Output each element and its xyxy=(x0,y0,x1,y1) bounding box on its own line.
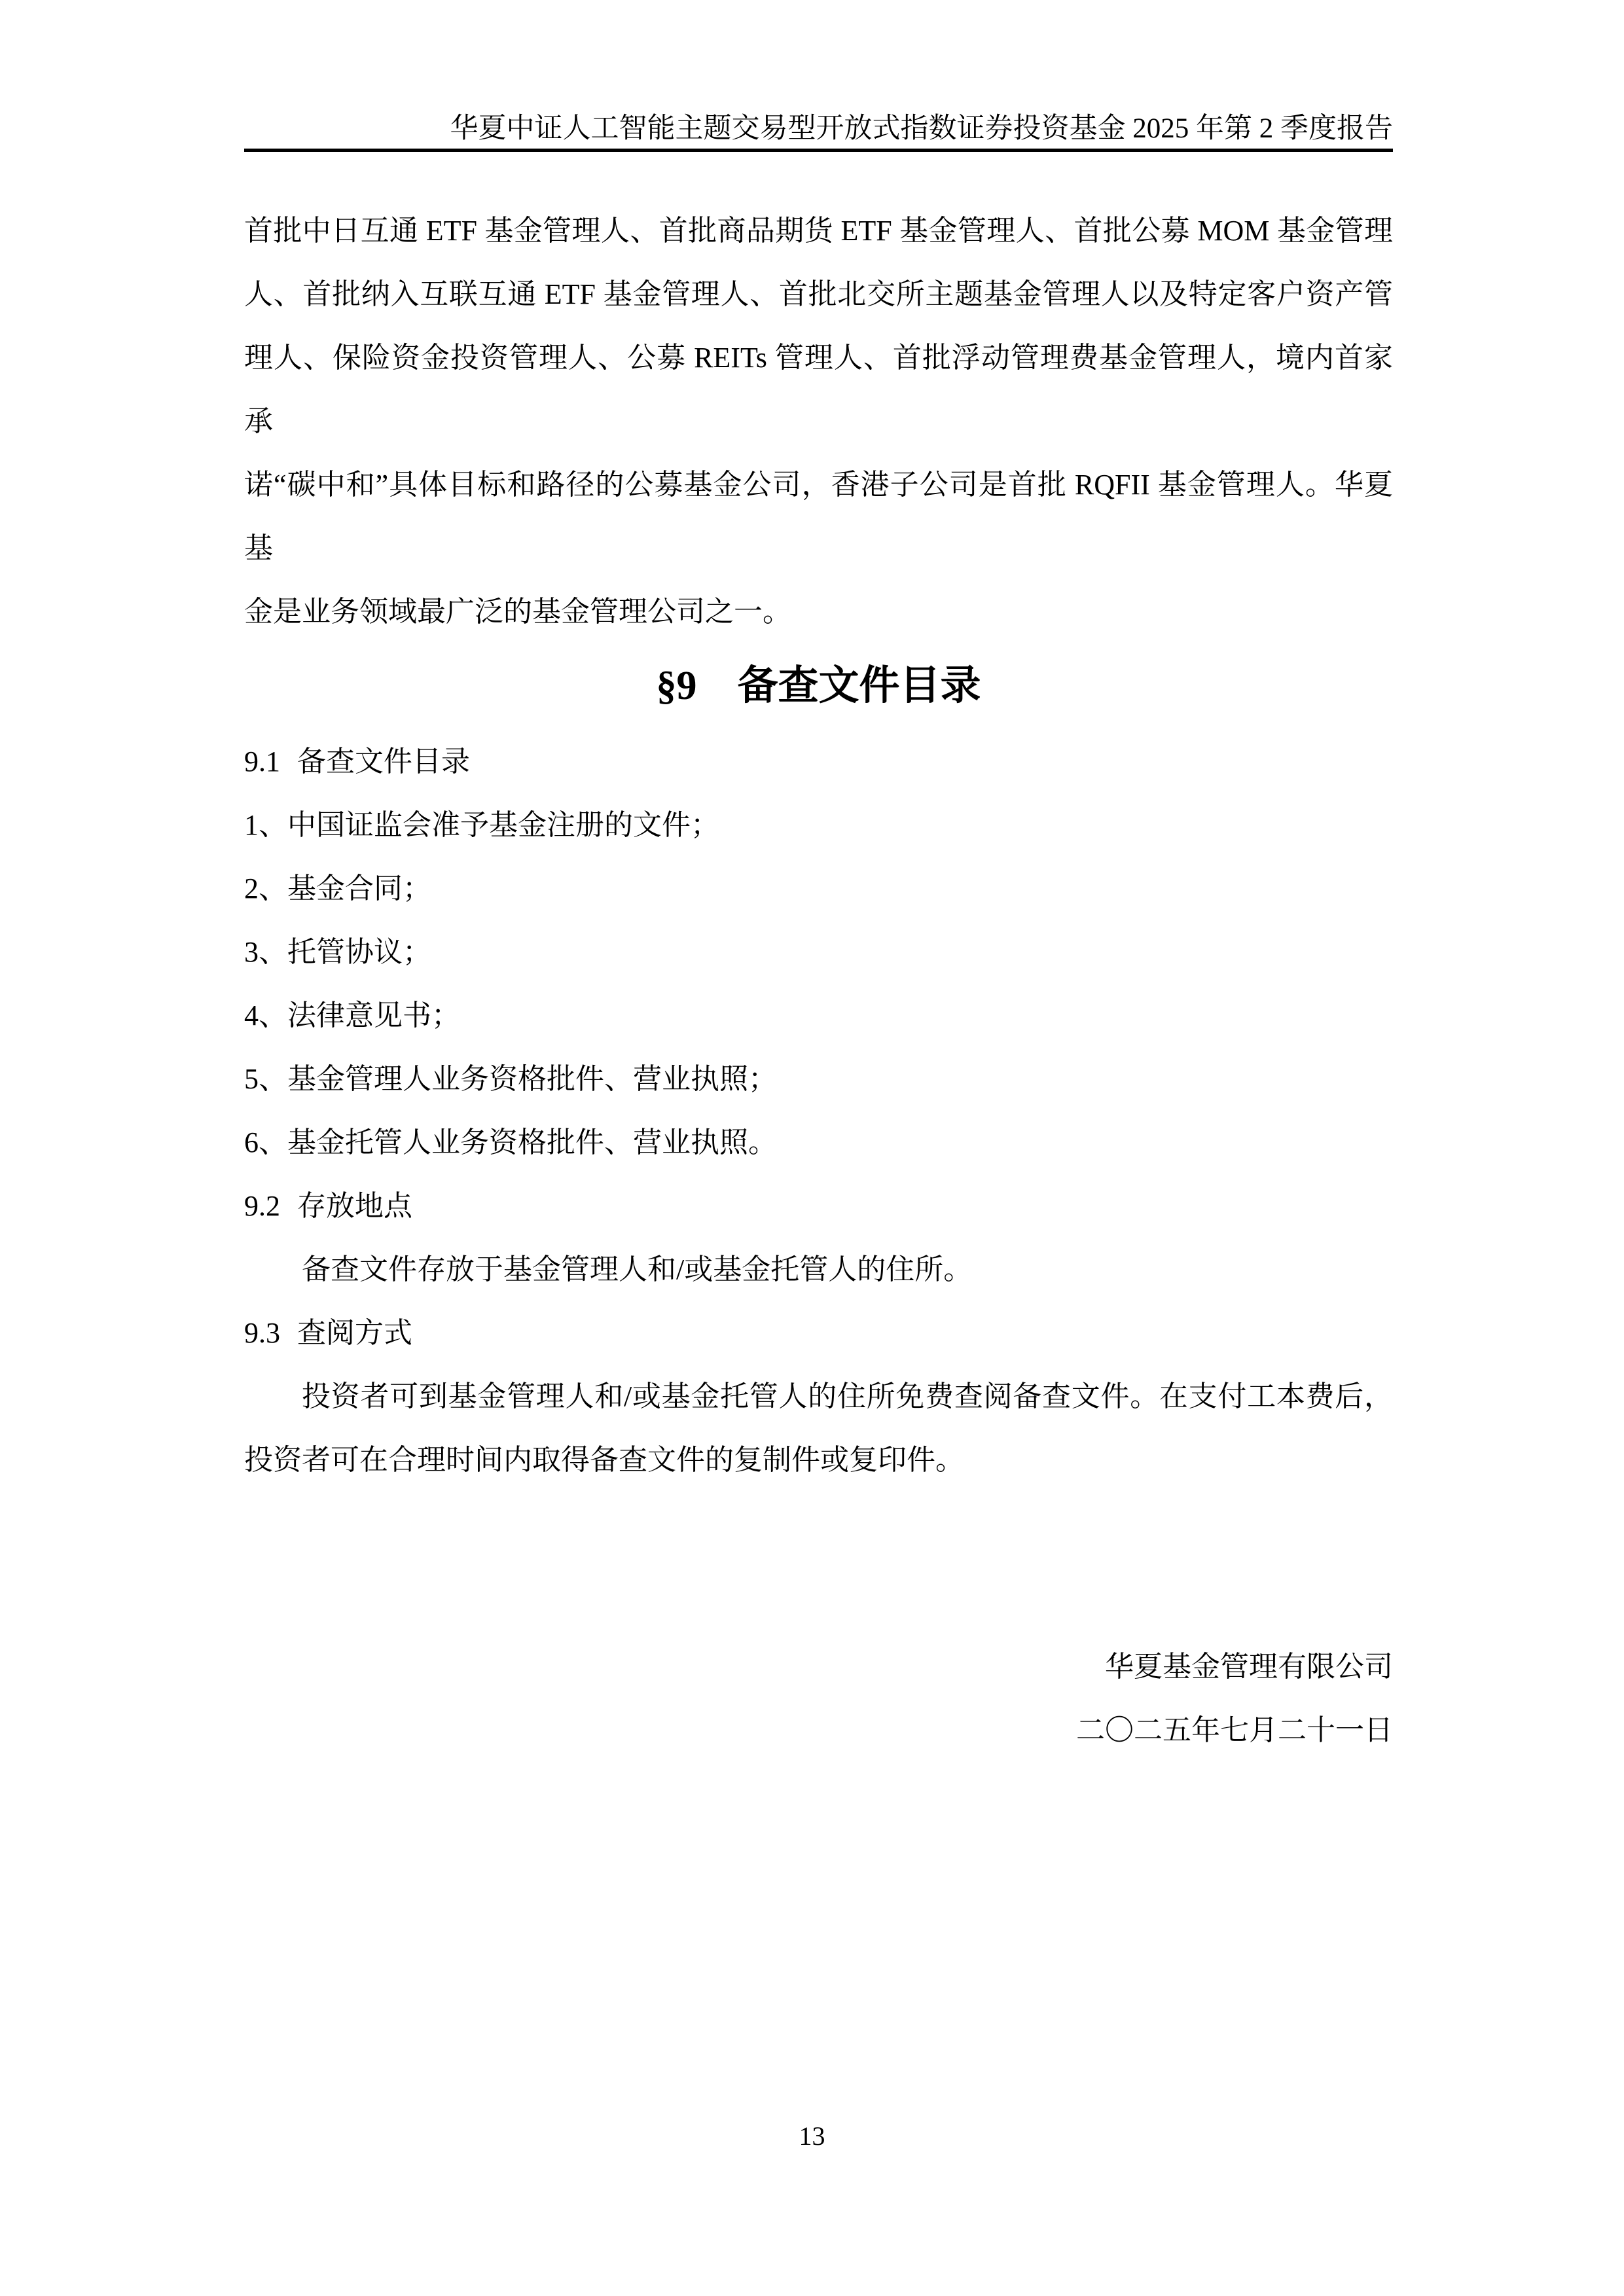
list-item-9-3: 9.3查阅方式 xyxy=(244,1301,1393,1365)
list-item-6: 6、基金托管人业务资格批件、营业执照。 xyxy=(244,1111,1393,1174)
list-item-9-1: 9.1备查文件目录 xyxy=(244,730,1393,793)
page-footer: 13 xyxy=(0,2121,1624,2152)
list-item-number: 9.3 xyxy=(244,1317,280,1349)
list-item-number: 9.2 xyxy=(244,1190,280,1222)
list-item-text: 基金托管人业务资格批件、营业执照。 xyxy=(287,1126,777,1158)
intro-line-1: 首批中日互通 ETF 基金管理人、首批商品期货 ETF 基金管理人、首批公募 M… xyxy=(244,199,1393,262)
intro-paragraph: 首批中日互通 ETF 基金管理人、首批商品期货 ETF 基金管理人、首批公募 M… xyxy=(244,199,1393,643)
list-item-number: 3、 xyxy=(244,936,287,968)
access-line-1: 投资者可到基金管理人和/或基金托管人的住所免费查阅备查文件。在支付工本费后， xyxy=(244,1365,1393,1428)
list-item-4: 4、法律意见书； xyxy=(244,984,1393,1047)
section-heading: §9 备查文件目录 xyxy=(244,655,1393,718)
list-item-number: 1、 xyxy=(244,809,287,841)
page-number: 13 xyxy=(799,2121,825,2151)
list-item-number: 9.1 xyxy=(244,745,280,778)
document-page: 华夏中证人工智能主题交易型开放式指数证券投资基金 2025 年第 2 季度报告 … xyxy=(0,0,1624,2296)
list-item-number: 5、 xyxy=(244,1063,287,1095)
storage-location-line: 备查文件存放于基金管理人和/或基金托管人的住所。 xyxy=(244,1238,1393,1301)
list-item-5: 5、基金管理人业务资格批件、营业执照； xyxy=(244,1047,1393,1111)
intro-line-5: 金是业务领域最广泛的基金管理公司之一。 xyxy=(244,580,1393,643)
intro-line-4: 诺“碳中和”具体目标和路径的公募基金公司，香港子公司是首批 RQFII 基金管理… xyxy=(244,453,1393,580)
list-item-number: 2、 xyxy=(244,872,287,905)
signature-date: 二〇二五年七月二十一日 xyxy=(244,1698,1393,1762)
header-rule xyxy=(244,149,1393,152)
list-item-2: 2、基金合同； xyxy=(244,857,1393,920)
list-item-text: 托管协议； xyxy=(287,936,431,968)
signature-company: 华夏基金管理有限公司 xyxy=(244,1635,1393,1698)
list-item-9-2: 9.2存放地点 xyxy=(244,1174,1393,1238)
list-item-number: 4、 xyxy=(244,999,287,1031)
page-content: 首批中日互通 ETF 基金管理人、首批商品期货 ETF 基金管理人、首批公募 M… xyxy=(0,199,1624,1762)
list-item-text: 基金合同； xyxy=(287,872,431,905)
list-item-text: 查阅方式 xyxy=(297,1317,412,1349)
list-item-number: 6、 xyxy=(244,1126,287,1158)
access-line-2: 投资者可在合理时间内取得备查文件的复制件或复印件。 xyxy=(244,1428,1393,1492)
list-item-text: 备查文件目录 xyxy=(297,745,470,778)
page-header: 华夏中证人工智能主题交易型开放式指数证券投资基金 2025 年第 2 季度报告 xyxy=(0,0,1624,152)
list-item-text: 存放地点 xyxy=(297,1190,412,1222)
intro-line-3: 理人、保险资金投资管理人、公募 REITs 管理人、首批浮动管理费基金管理人，境… xyxy=(244,326,1393,453)
list-item-1: 1、中国证监会准予基金注册的文件； xyxy=(244,793,1393,857)
list-item-text: 中国证监会准予基金注册的文件； xyxy=(287,809,719,841)
intro-line-2: 人、首批纳入互联互通 ETF 基金管理人、首批北交所主题基金管理人以及特定客户资… xyxy=(244,262,1393,326)
document-list: 9.1备查文件目录 1、中国证监会准予基金注册的文件； 2、基金合同； 3、托管… xyxy=(244,730,1393,1492)
list-item-text: 基金管理人业务资格批件、营业执照； xyxy=(287,1063,777,1095)
signature-block: 华夏基金管理有限公司 二〇二五年七月二十一日 xyxy=(244,1635,1393,1762)
list-item-text: 法律意见书； xyxy=(287,999,460,1031)
header-title: 华夏中证人工智能主题交易型开放式指数证券投资基金 2025 年第 2 季度报告 xyxy=(244,115,1393,143)
list-item-3: 3、托管协议； xyxy=(244,920,1393,984)
